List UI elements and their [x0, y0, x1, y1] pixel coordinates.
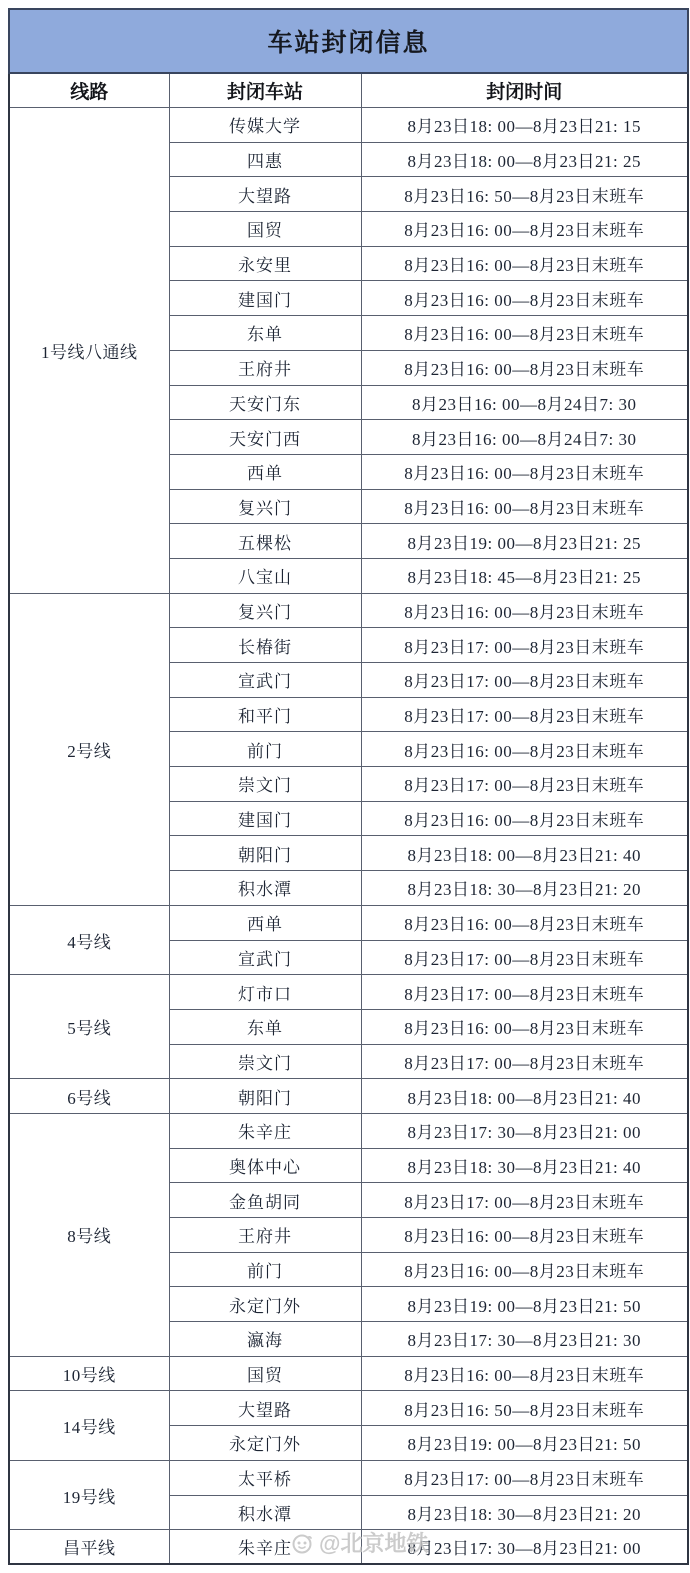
- line-cell: 10号线: [9, 1356, 169, 1391]
- time-cell: 8月23日18: 30—8月23日21: 40: [361, 1148, 688, 1183]
- table-row: 4号线西单8月23日16: 00—8月23日末班车: [9, 905, 688, 940]
- time-cell: 8月23日19: 00—8月23日21: 50: [361, 1287, 688, 1322]
- table-title-row: 车站封闭信息: [9, 9, 688, 73]
- table-header-row: 线路 封闭车站 封闭时间: [9, 73, 688, 108]
- station-closure-notice: 车站封闭信息 线路 封闭车站 封闭时间 1号线八通线传媒大学8月23日18: 0…: [0, 0, 690, 1573]
- column-header-line: 线路: [9, 73, 169, 108]
- table-row: 1号线八通线传媒大学8月23日18: 00—8月23日21: 15: [9, 108, 688, 143]
- time-cell: 8月23日17: 00—8月23日末班车: [361, 1044, 688, 1079]
- table-row: 5号线灯市口8月23日17: 00—8月23日末班车: [9, 975, 688, 1010]
- time-cell: 8月23日16: 00—8月23日末班车: [361, 1356, 688, 1391]
- station-cell: 奥体中心: [169, 1148, 361, 1183]
- table-row: 8号线朱辛庄8月23日17: 30—8月23日21: 00: [9, 1113, 688, 1148]
- line-cell: 昌平线: [9, 1530, 169, 1565]
- time-cell: 8月23日16: 00—8月23日末班车: [361, 1009, 688, 1044]
- station-cell: 大望路: [169, 1391, 361, 1426]
- time-cell: 8月23日16: 00—8月23日末班车: [361, 212, 688, 247]
- time-cell: 8月23日17: 00—8月23日末班车: [361, 1460, 688, 1495]
- station-cell: 西单: [169, 905, 361, 940]
- station-cell: 前门: [169, 1252, 361, 1287]
- time-cell: 8月23日17: 00—8月23日末班车: [361, 628, 688, 663]
- time-cell: 8月23日16: 00—8月23日末班车: [361, 246, 688, 281]
- station-cell: 西单: [169, 454, 361, 489]
- time-cell: 8月23日18: 00—8月23日21: 40: [361, 1079, 688, 1114]
- line-cell: 4号线: [9, 905, 169, 974]
- station-cell: 天安门东: [169, 385, 361, 420]
- time-cell: 8月23日16: 00—8月23日末班车: [361, 1252, 688, 1287]
- time-cell: 8月23日16: 00—8月23日末班车: [361, 593, 688, 628]
- line-cell: 5号线: [9, 975, 169, 1079]
- station-cell: 永定门外: [169, 1426, 361, 1461]
- time-cell: 8月23日17: 30—8月23日21: 00: [361, 1113, 688, 1148]
- station-cell: 积水潭: [169, 1495, 361, 1530]
- station-cell: 复兴门: [169, 489, 361, 524]
- table-row: 2号线复兴门8月23日16: 00—8月23日末班车: [9, 593, 688, 628]
- station-cell: 东单: [169, 316, 361, 351]
- station-cell: 崇文门: [169, 767, 361, 802]
- time-cell: 8月23日16: 00—8月23日末班车: [361, 801, 688, 836]
- time-cell: 8月23日18: 00—8月23日21: 40: [361, 836, 688, 871]
- time-cell: 8月23日17: 00—8月23日末班车: [361, 697, 688, 732]
- station-cell: 复兴门: [169, 593, 361, 628]
- time-cell: 8月23日17: 30—8月23日21: 00: [361, 1530, 688, 1565]
- time-cell: 8月23日16: 50—8月23日末班车: [361, 1391, 688, 1426]
- time-cell: 8月23日16: 00—8月23日末班车: [361, 732, 688, 767]
- station-cell: 和平门: [169, 697, 361, 732]
- station-cell: 国贸: [169, 212, 361, 247]
- station-cell: 崇文门: [169, 1044, 361, 1079]
- station-cell: 永定门外: [169, 1287, 361, 1322]
- time-cell: 8月23日18: 45—8月23日21: 25: [361, 558, 688, 593]
- table-row: 19号线太平桥8月23日17: 00—8月23日末班车: [9, 1460, 688, 1495]
- station-cell: 宣武门: [169, 940, 361, 975]
- time-cell: 8月23日19: 00—8月23日21: 50: [361, 1426, 688, 1461]
- time-cell: 8月23日17: 00—8月23日末班车: [361, 767, 688, 802]
- time-cell: 8月23日16: 00—8月24日7: 30: [361, 385, 688, 420]
- station-cell: 建国门: [169, 801, 361, 836]
- station-cell: 宣武门: [169, 663, 361, 698]
- station-cell: 五棵松: [169, 524, 361, 559]
- time-cell: 8月23日17: 00—8月23日末班车: [361, 975, 688, 1010]
- time-cell: 8月23日17: 30—8月23日21: 30: [361, 1322, 688, 1357]
- station-cell: 金鱼胡同: [169, 1183, 361, 1218]
- time-cell: 8月23日17: 00—8月23日末班车: [361, 663, 688, 698]
- time-cell: 8月23日18: 30—8月23日21: 20: [361, 1495, 688, 1530]
- station-cell: 前门: [169, 732, 361, 767]
- time-cell: 8月23日18: 00—8月23日21: 25: [361, 142, 688, 177]
- station-cell: 东单: [169, 1009, 361, 1044]
- station-cell: 朝阳门: [169, 836, 361, 871]
- line-cell: 8号线: [9, 1113, 169, 1356]
- line-cell: 6号线: [9, 1079, 169, 1114]
- time-cell: 8月23日18: 00—8月23日21: 15: [361, 108, 688, 143]
- station-cell: 王府井: [169, 1218, 361, 1253]
- table-body: 1号线八通线传媒大学8月23日18: 00—8月23日21: 15四惠8月23日…: [9, 108, 688, 1565]
- table-row: 6号线朝阳门8月23日18: 00—8月23日21: 40: [9, 1079, 688, 1114]
- time-cell: 8月23日16: 50—8月23日末班车: [361, 177, 688, 212]
- station-cell: 建国门: [169, 281, 361, 316]
- station-cell: 八宝山: [169, 558, 361, 593]
- time-cell: 8月23日16: 00—8月23日末班车: [361, 316, 688, 351]
- time-cell: 8月23日16: 00—8月23日末班车: [361, 489, 688, 524]
- line-cell: 1号线八通线: [9, 108, 169, 594]
- time-cell: 8月23日17: 00—8月23日末班车: [361, 940, 688, 975]
- column-header-time: 封闭时间: [361, 73, 688, 108]
- station-cell: 朱辛庄: [169, 1530, 361, 1565]
- closure-table: 车站封闭信息 线路 封闭车站 封闭时间 1号线八通线传媒大学8月23日18: 0…: [8, 8, 689, 1565]
- station-cell: 太平桥: [169, 1460, 361, 1495]
- station-cell: 四惠: [169, 142, 361, 177]
- table-row: 14号线大望路8月23日16: 50—8月23日末班车: [9, 1391, 688, 1426]
- line-cell: 19号线: [9, 1460, 169, 1529]
- station-cell: 传媒大学: [169, 108, 361, 143]
- station-cell: 朱辛庄: [169, 1113, 361, 1148]
- station-cell: 永安里: [169, 246, 361, 281]
- station-cell: 大望路: [169, 177, 361, 212]
- station-cell: 国贸: [169, 1356, 361, 1391]
- station-cell: 长椿街: [169, 628, 361, 663]
- time-cell: 8月23日19: 00—8月23日21: 25: [361, 524, 688, 559]
- station-cell: 积水潭: [169, 871, 361, 906]
- time-cell: 8月23日18: 30—8月23日21: 20: [361, 871, 688, 906]
- line-cell: 14号线: [9, 1391, 169, 1460]
- time-cell: 8月23日16: 00—8月23日末班车: [361, 905, 688, 940]
- time-cell: 8月23日17: 00—8月23日末班车: [361, 1183, 688, 1218]
- line-cell: 2号线: [9, 593, 169, 905]
- station-cell: 灯市口: [169, 975, 361, 1010]
- time-cell: 8月23日16: 00—8月24日7: 30: [361, 420, 688, 455]
- page-title: 车站封闭信息: [9, 9, 688, 73]
- station-cell: 王府井: [169, 350, 361, 385]
- time-cell: 8月23日16: 00—8月23日末班车: [361, 281, 688, 316]
- table-row: 10号线国贸8月23日16: 00—8月23日末班车: [9, 1356, 688, 1391]
- station-cell: 瀛海: [169, 1322, 361, 1357]
- station-cell: 朝阳门: [169, 1079, 361, 1114]
- station-cell: 天安门西: [169, 420, 361, 455]
- time-cell: 8月23日16: 00—8月23日末班车: [361, 350, 688, 385]
- time-cell: 8月23日16: 00—8月23日末班车: [361, 454, 688, 489]
- column-header-station: 封闭车站: [169, 73, 361, 108]
- table-row: 昌平线朱辛庄8月23日17: 30—8月23日21: 00: [9, 1530, 688, 1565]
- time-cell: 8月23日16: 00—8月23日末班车: [361, 1218, 688, 1253]
